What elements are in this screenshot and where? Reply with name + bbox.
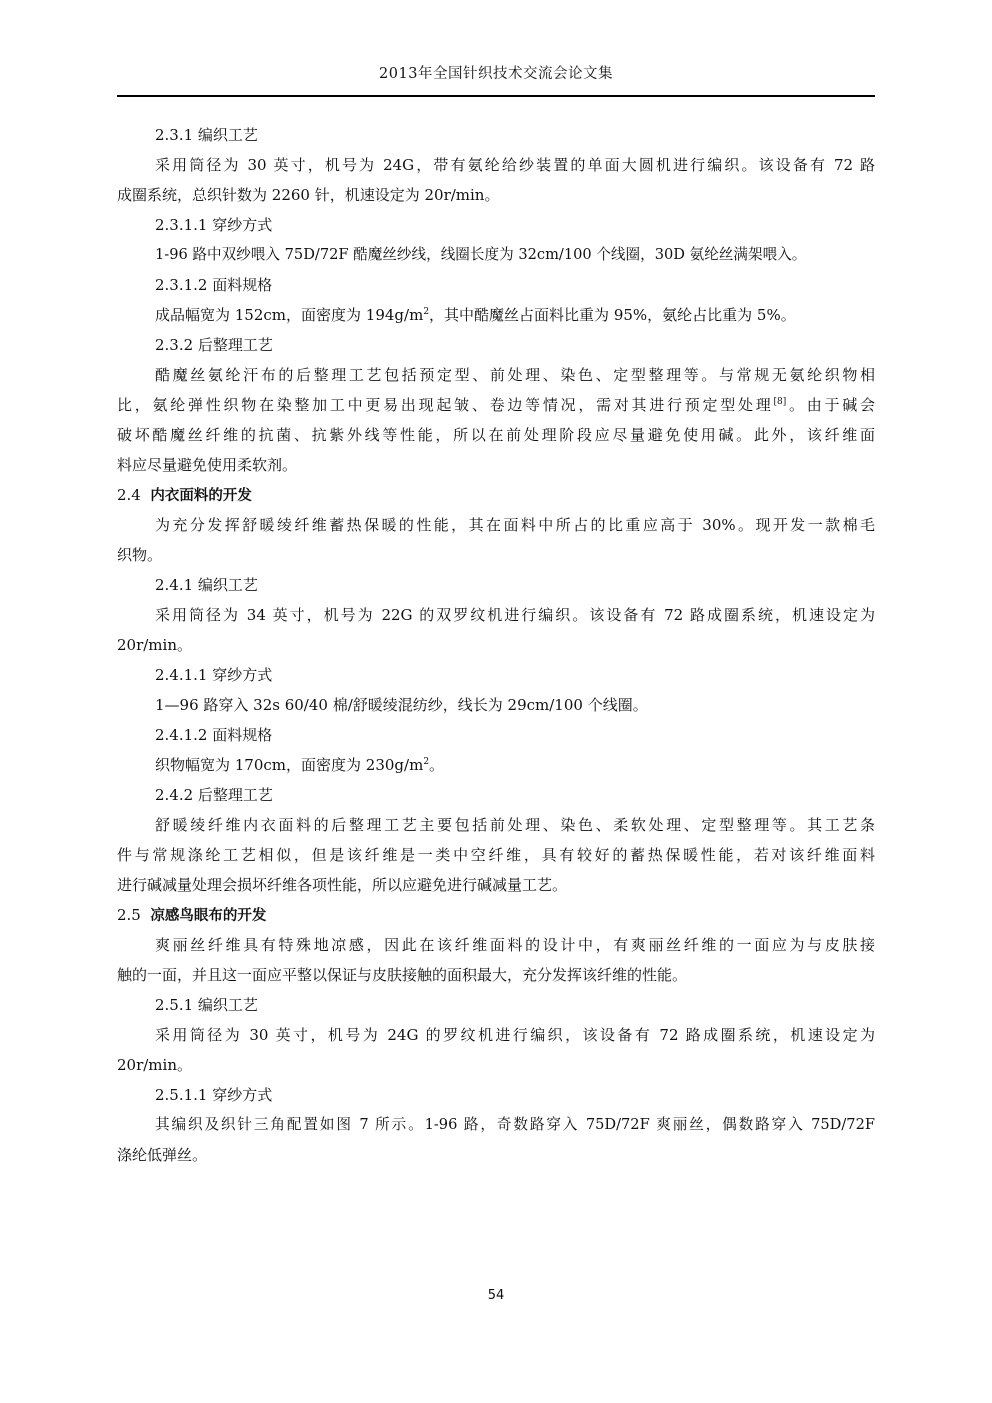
section-heading-2-4-1-1: 2.4.1.1 穿纱方式 <box>155 660 272 690</box>
paragraph-line: 采用筒径为 34 英寸，机号为 22G 的双罗纹机进行编织。该设备有 72 路成… <box>155 600 875 630</box>
text: 。 <box>429 756 444 774</box>
section-heading-2-3-1: 2.3.1 编织工艺 <box>155 120 258 150</box>
text: ，其中酷魔丝占面料比重为 95%，氨纶占比重为 5%。 <box>429 306 796 324</box>
paragraph-line: 爽丽丝纤维具有特殊地凉感，因此在该纤维面料的设计中，有爽丽丝纤维的一面应为与皮肤… <box>155 930 875 960</box>
paragraph-line: 酷魔丝氨纶汗布的后整理工艺包括预定型、前处理、染色、定型整理等。与常规无氨纶织物… <box>155 360 875 390</box>
page-number: 54 <box>0 1288 992 1303</box>
paragraph-line: 成品幅宽为 152cm，面密度为 194g/m2，其中酷魔丝占面料比重为 95%… <box>155 300 796 330</box>
section-heading-2-5: 2.5 凉感鸟眼布的开发 <box>117 900 266 930</box>
paragraph-line: 采用筒径为 30 英寸，机号为 24G，带有氨纶给纱装置的单面大圆机进行编织。该… <box>155 150 875 180</box>
text: 。由于碱会 <box>786 396 875 414</box>
paragraph-line: 20r/min。 <box>117 630 192 660</box>
paragraph-line: 1—96 路穿入 32s 60/40 棉/舒暖绫混纺纱，线长为 29cm/100… <box>155 690 648 720</box>
paragraph-line: 比，氨纶弹性织物在染整加工中更易出现起皱、卷边等情况，需对其进行预定型处理[8]… <box>117 390 875 420</box>
paragraph-line: 为充分发挥舒暖绫纤维蓄热保暖的性能，其在面料中所占的比重应高于 30%。现开发一… <box>155 510 875 540</box>
section-heading-2-4-1-2: 2.4.1.2 面料规格 <box>155 720 272 750</box>
paragraph-line: 20r/min。 <box>117 1050 192 1080</box>
paragraph-line: 涤纶低弹丝。 <box>117 1140 207 1170</box>
citation-ref: [8] <box>774 397 787 407</box>
paragraph-line: 采用筒径为 30 英寸，机号为 24G 的罗纹机进行编织，该设备有 72 路成圈… <box>155 1020 875 1050</box>
section-heading-2-3-1-1: 2.3.1.1 穿纱方式 <box>155 210 272 240</box>
paragraph-line: 其编织及织针三角配置如图 7 所示。1-96 路，奇数路穿入 75D/72F 爽… <box>155 1110 875 1140</box>
section-heading-2-5-1: 2.5.1 编织工艺 <box>155 990 258 1020</box>
section-heading-2-4-2: 2.4.2 后整理工艺 <box>155 780 273 810</box>
paragraph-line: 舒暖绫纤维内衣面料的后整理工艺主要包括前处理、染色、柔软处理、定型整理等。其工艺… <box>155 810 875 840</box>
section-title: 内衣面料的开发 <box>150 488 252 504</box>
text: 成品幅宽为 152cm，面密度为 194g/m <box>155 306 423 324</box>
paragraph-line: 织物。 <box>117 540 162 570</box>
paragraph-line: 1-96 路中双纱喂入 75D/72F 酷魔丝纱线，线圈长度为 32cm/100… <box>155 240 806 270</box>
header-rule <box>117 95 875 97</box>
paragraph-line: 料应尽量避免使用柔软剂。 <box>117 450 297 480</box>
paragraph-line: 件与常规涤纶工艺相似，但是该纤维是一类中空纤维，具有较好的蓄热保暖性能，若对该纤… <box>117 840 875 870</box>
superscript: 2 <box>423 307 429 317</box>
section-heading-2-4-1: 2.4.1 编织工艺 <box>155 570 258 600</box>
section-title: 凉感鸟眼布的开发 <box>150 908 266 924</box>
section-number: 2.5 <box>117 906 141 924</box>
paragraph-line: 进行碱减量处理会损坏纤维各项性能，所以应避免进行碱减量工艺。 <box>117 870 567 900</box>
section-heading-2-5-1-1: 2.5.1.1 穿纱方式 <box>155 1080 272 1110</box>
paragraph-line: 成圈系统，总织针数为 2260 针，机速设定为 20r/min。 <box>117 180 499 210</box>
paragraph-line: 织物幅宽为 170cm，面密度为 230g/m2。 <box>155 750 444 780</box>
section-number: 2.4 <box>117 486 141 504</box>
paragraph-line: 破坏酷魔丝纤维的抗菌、抗紫外线等性能，所以在前处理阶段应尽量避免使用碱。此外，该… <box>117 420 875 450</box>
section-heading-2-3-1-2: 2.3.1.2 面料规格 <box>155 270 272 300</box>
paragraph-line: 触的一面，并且这一面应平整以保证与皮肤接触的面积最大，充分发挥该纤维的性能。 <box>117 960 687 990</box>
text: 织物幅宽为 170cm，面密度为 230g/m <box>155 756 423 774</box>
running-header: 2013年全国针织技术交流会论文集 <box>117 62 875 83</box>
superscript: 2 <box>423 757 429 767</box>
text: 比，氨纶弹性织物在染整加工中更易出现起皱、卷边等情况，需对其进行预定型处理 <box>117 396 774 414</box>
section-heading-2-4: 2.4 内衣面料的开发 <box>117 480 252 510</box>
section-heading-2-3-2: 2.3.2 后整理工艺 <box>155 330 273 360</box>
